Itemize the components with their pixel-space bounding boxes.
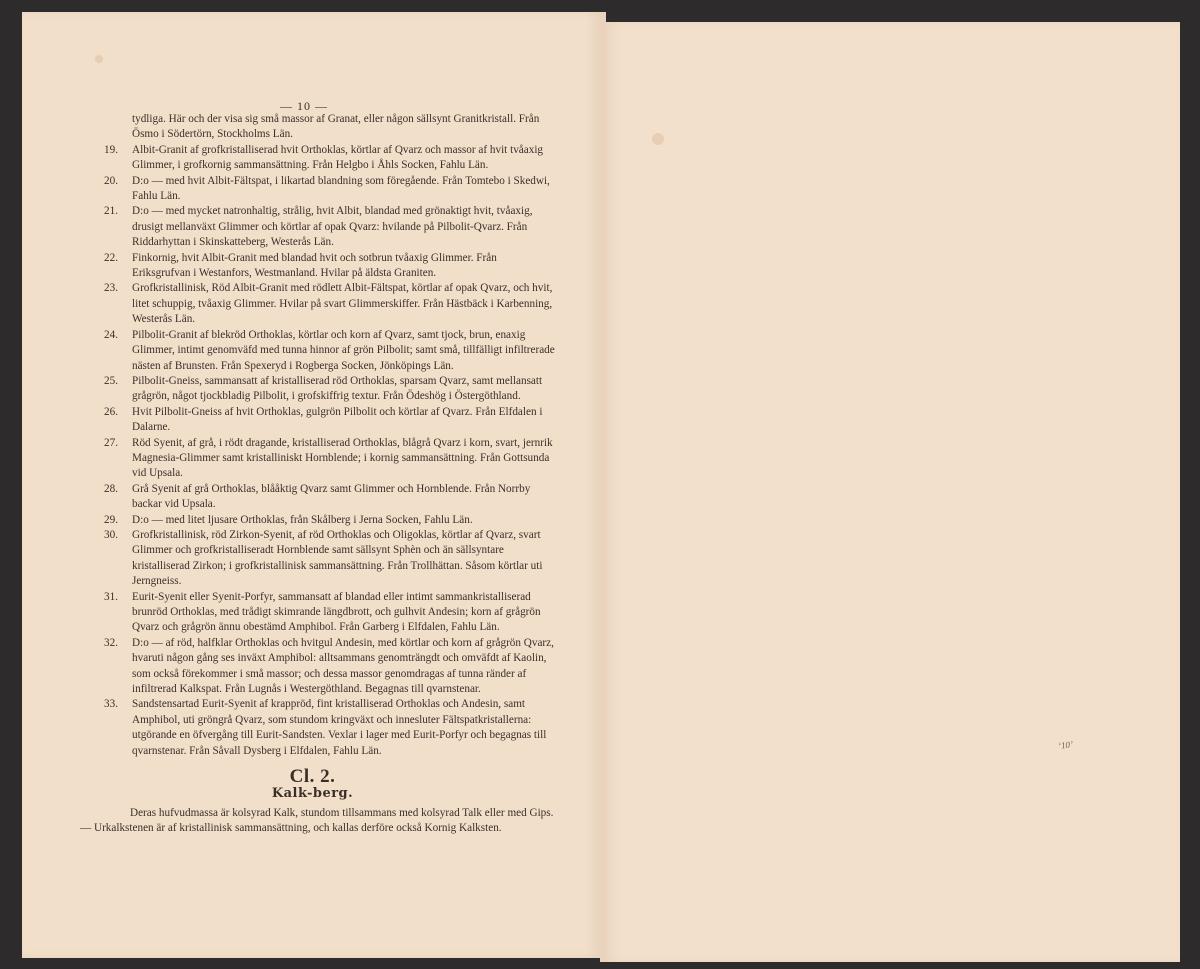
entry-text: Hvit Pilbolit-Gneiss af hvit Orthoklas, … (132, 406, 542, 433)
entry-text: D:o — med hvit Albit-Fältspat, i likarta… (132, 175, 550, 202)
entry-text: Grå Syenit af grå Orthoklas, blååktig Qv… (132, 483, 530, 510)
entry-text: Pilbolit-Gneiss, sammansatt af kristalli… (132, 375, 542, 402)
list-item: 19.Albit-Granit af grofkristalliserad hv… (70, 143, 555, 174)
continuation-text: tydliga. Här och der visa sig små massor… (70, 112, 555, 143)
entry-text: D:o — med mycket natronhaltig, strålig, … (132, 205, 533, 248)
paper-spot (95, 55, 103, 63)
entry-number: 19. (104, 143, 130, 158)
entry-number: 23. (104, 281, 130, 296)
entry-text: Albit-Granit af grofkristalliserad hvit … (132, 144, 543, 171)
entry-number: 25. (104, 374, 130, 389)
list-item: 32.D:o — af röd, halfklar Orthoklas och … (70, 636, 555, 698)
list-item: 21.D:o — med mycket natronhaltig, stråli… (70, 204, 555, 250)
list-item: 29.D:o — med litet ljusare Orthoklas, fr… (70, 513, 555, 528)
entry-text: D:o — med litet ljusare Orthoklas, från … (132, 514, 473, 526)
entry-number: 33. (104, 697, 130, 712)
entry-text: Pilbolit-Granit af blekröd Orthoklas, kö… (132, 329, 555, 372)
entry-list: 19.Albit-Granit af grofkristalliserad hv… (70, 143, 555, 759)
list-item: 33.Sandstensartad Eurit-Syenit af krappr… (70, 697, 555, 759)
entry-text: Finkornig, hvit Albit-Granit med blandad… (132, 252, 497, 279)
entry-number: 28. (104, 482, 130, 497)
entry-number: 22. (104, 251, 130, 266)
entry-number: 27. (104, 436, 130, 451)
list-item: 20.D:o — med hvit Albit-Fältspat, i lika… (70, 174, 555, 205)
entry-number: 30. (104, 528, 130, 543)
class-intro: Deras hufvudmassa är kolsyrad Kalk, stun… (70, 806, 555, 837)
entry-number: 26. (104, 405, 130, 420)
right-page (606, 22, 1180, 962)
list-item: 27.Röd Syenit, af grå, i rödt dragande, … (70, 436, 555, 482)
class-subheading: Kalk-berg. (70, 786, 555, 801)
page-content: tydliga. Här och der visa sig små massor… (70, 112, 555, 837)
list-item: 31.Eurit-Syenit eller Syenit-Porfyr, sam… (70, 590, 555, 636)
entry-number: 20. (104, 174, 130, 189)
entry-text: Eurit-Syenit eller Syenit-Porfyr, samman… (132, 591, 541, 634)
entry-number: 29. (104, 513, 130, 528)
paper-spot (652, 133, 664, 145)
entry-number: 32. (104, 636, 130, 651)
entry-text: Grofkristallinisk, röd Zirkon-Syenit, af… (132, 529, 542, 587)
entry-number: 24. (104, 328, 130, 343)
list-item: 28.Grå Syenit af grå Orthoklas, blååktig… (70, 482, 555, 513)
list-item: 26.Hvit Pilbolit-Gneiss af hvit Orthokla… (70, 405, 555, 436)
entry-text: Röd Syenit, af grå, i rödt dragande, kri… (132, 437, 553, 480)
list-item: 24.Pilbolit-Granit af blekröd Orthoklas,… (70, 328, 555, 374)
list-item: 25.Pilbolit-Gneiss, sammansatt af krista… (70, 374, 555, 405)
class-heading: Cl. 2. (70, 769, 555, 784)
entry-number: 31. (104, 590, 130, 605)
ink-mark: ʻ10ʼ (1058, 739, 1074, 751)
list-item: 30.Grofkristallinisk, röd Zirkon-Syenit,… (70, 528, 555, 590)
entry-text: Grofkristallinisk, Röd Albit-Granit med … (132, 282, 552, 325)
entry-text: D:o — af röd, halfklar Orthoklas och hvi… (132, 637, 554, 695)
entry-text: Sandstensartad Eurit-Syenit af krappröd,… (132, 698, 546, 756)
list-item: 23.Grofkristallinisk, Röd Albit-Granit m… (70, 281, 555, 327)
list-item: 22.Finkornig, hvit Albit-Granit med blan… (70, 251, 555, 282)
entry-number: 21. (104, 204, 130, 219)
